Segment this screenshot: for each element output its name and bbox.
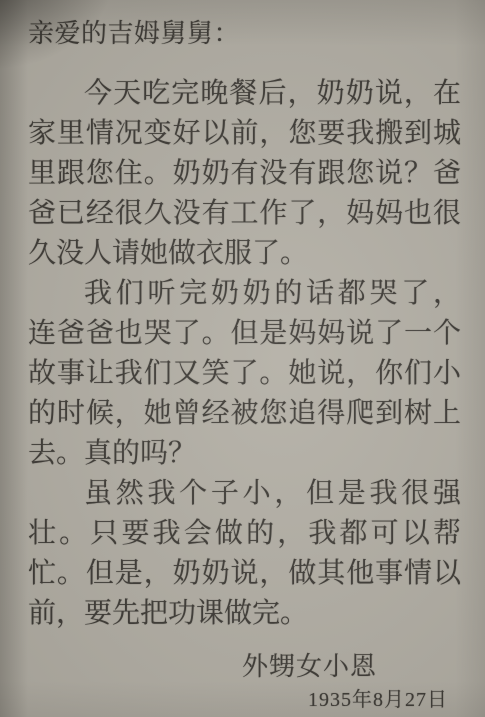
letter-line: 的时候，她曾经被您追得爬到树上: [28, 394, 461, 434]
date-line: 1935年8月27日: [28, 687, 461, 713]
letter-line: 故事让我们又笑了。她说，你们小: [28, 354, 461, 394]
letter-line: 连爸爸也哭了。但是妈妈说了一个: [28, 314, 461, 354]
signature: 外甥女小恩: [28, 647, 461, 687]
letter-line: 去。真的吗？: [28, 434, 461, 474]
salutation: 亲爱的吉姆舅舅：: [28, 14, 461, 54]
letter-line: 久没人请她做衣服了。: [28, 234, 461, 274]
letter-line: 今天吃完晚餐后，奶奶说，在: [28, 74, 461, 114]
letter-content: 亲爱的吉姆舅舅： 今天吃完晚餐后，奶奶说，在 家里情况变好以前，您要我搬到城 里…: [0, 0, 485, 717]
letter-line: 家里情况变好以前，您要我搬到城: [28, 114, 461, 154]
letter-page: 亲爱的吉姆舅舅： 今天吃完晚餐后，奶奶说，在 家里情况变好以前，您要我搬到城 里…: [0, 0, 485, 717]
letter-line: 虽然我个子小，但是我很强: [28, 474, 461, 514]
letter-line: 忙。但是，奶奶说，做其他事情以: [28, 554, 461, 594]
letter-line: 前，要先把功课做完。: [28, 594, 461, 634]
letter-line: 里跟您住。奶奶有没有跟您说？爸: [28, 154, 461, 194]
letter-line: 爸已经很久没有工作了，妈妈也很: [28, 194, 461, 234]
letter-line: 我们听完奶奶的话都哭了，: [28, 274, 461, 314]
letter-line: 壮。只要我会做的，我都可以帮: [28, 514, 461, 554]
